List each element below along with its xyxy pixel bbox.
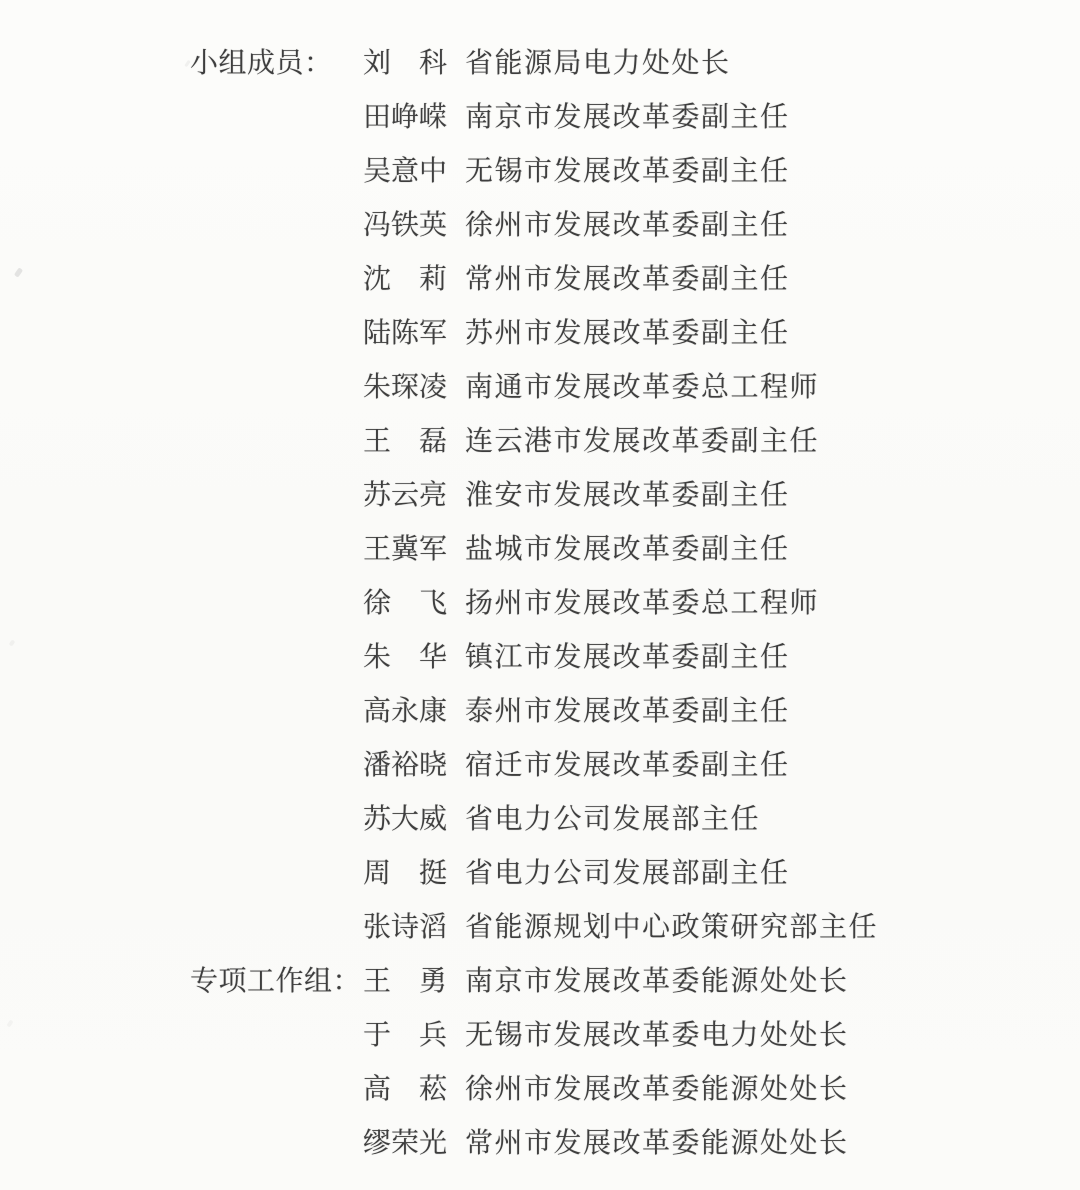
member-title: 扬州市发展改革委总工程师	[465, 581, 819, 621]
member-row: 徐 飞 扬州市发展改革委总工程师	[190, 574, 878, 628]
member-title: 南京市发展改革委副主任	[465, 95, 790, 135]
member-name: 张诗滔	[363, 905, 451, 945]
member-title: 南通市发展改革委总工程师	[465, 365, 819, 405]
member-row: 冯铁英 徐州市发展改革委副主任	[190, 196, 878, 250]
member-name: 刘 科	[363, 41, 451, 81]
member-title: 常州市发展改革委副主任	[465, 257, 790, 297]
member-list: 小组成员： 刘 科 省能源局电力处处长 田峥嵘 南京市发展改革委副主任 吴意中 …	[190, 34, 878, 1168]
member-row: 吴意中 无锡市发展改革委副主任	[190, 142, 878, 196]
member-name: 朱 华	[363, 635, 451, 675]
member-title: 淮安市发展改革委副主任	[465, 473, 790, 513]
member-title: 省电力公司发展部主任	[465, 797, 760, 837]
member-row: 朱琛凌 南通市发展改革委总工程师	[190, 358, 878, 412]
member-name: 田峥嵘	[363, 95, 451, 135]
scan-artifact	[14, 267, 23, 277]
member-title: 徐州市发展改革委副主任	[465, 203, 790, 243]
member-name: 朱琛凌	[363, 365, 451, 405]
member-name: 高 菘	[363, 1067, 451, 1107]
member-row: 王 磊 连云港市发展改革委副主任	[190, 412, 878, 466]
member-name: 缪荣光	[363, 1121, 451, 1161]
member-row: 潘裕晓 宿迁市发展改革委副主任	[190, 736, 878, 790]
member-title: 常州市发展改革委能源处处长	[465, 1121, 849, 1161]
member-row: 苏大威 省电力公司发展部主任	[190, 790, 878, 844]
member-row: 周 挺 省电力公司发展部副主任	[190, 844, 878, 898]
member-title: 宿迁市发展改革委副主任	[465, 743, 790, 783]
member-name: 周 挺	[363, 851, 451, 891]
member-name: 苏云亮	[363, 473, 451, 513]
member-name: 陆陈军	[363, 311, 451, 351]
member-row: 高 菘 徐州市发展改革委能源处处长	[190, 1060, 878, 1114]
member-name: 苏大威	[363, 797, 451, 837]
section-label: 小组成员：	[190, 41, 363, 81]
member-row: 朱 华 镇江市发展改革委副主任	[190, 628, 878, 682]
member-title: 泰州市发展改革委副主任	[465, 689, 790, 729]
member-row: 陆陈军 苏州市发展改革委副主任	[190, 304, 878, 358]
member-row: 高永康 泰州市发展改革委副主任	[190, 682, 878, 736]
member-title: 省电力公司发展部副主任	[465, 851, 790, 891]
member-row: 王冀军 盐城市发展改革委副主任	[190, 520, 878, 574]
member-row: 沈 莉 常州市发展改革委副主任	[190, 250, 878, 304]
member-name: 王冀军	[363, 527, 451, 567]
scan-artifact	[9, 639, 16, 646]
member-title: 南京市发展改革委能源处处长	[465, 959, 849, 999]
member-title: 苏州市发展改革委副主任	[465, 311, 790, 351]
member-title: 无锡市发展改革委副主任	[465, 149, 790, 189]
member-title: 连云港市发展改革委副主任	[465, 419, 819, 459]
member-name: 冯铁英	[363, 203, 451, 243]
member-title: 无锡市发展改革委电力处处长	[465, 1013, 849, 1053]
scan-artifact	[6, 1019, 13, 1027]
member-name: 沈 莉	[363, 257, 451, 297]
member-title: 省能源规划中心政策研究部主任	[465, 905, 878, 945]
member-title: 镇江市发展改革委副主任	[465, 635, 790, 675]
member-name: 潘裕晓	[363, 743, 451, 783]
member-name: 高永康	[363, 689, 451, 729]
member-row: 苏云亮 淮安市发展改革委副主任	[190, 466, 878, 520]
member-title: 徐州市发展改革委能源处处长	[465, 1067, 849, 1107]
scanned-document-page: 小组成员： 刘 科 省能源局电力处处长 田峥嵘 南京市发展改革委副主任 吴意中 …	[0, 0, 1080, 1190]
member-name: 于 兵	[363, 1013, 451, 1053]
member-row: 专项工作组： 王 勇 南京市发展改革委能源处处长	[190, 952, 878, 1006]
member-row: 缪荣光 常州市发展改革委能源处处长	[190, 1114, 878, 1168]
member-row: 小组成员： 刘 科 省能源局电力处处长	[190, 34, 878, 88]
section-label: 专项工作组：	[190, 959, 363, 999]
member-name: 吴意中	[363, 149, 451, 189]
member-title: 省能源局电力处处长	[465, 41, 731, 81]
member-row: 张诗滔 省能源规划中心政策研究部主任	[190, 898, 878, 952]
member-title: 盐城市发展改革委副主任	[465, 527, 790, 567]
member-row: 田峥嵘 南京市发展改革委副主任	[190, 88, 878, 142]
member-name: 王 磊	[363, 419, 451, 459]
member-row: 于 兵 无锡市发展改革委电力处处长	[190, 1006, 878, 1060]
member-name: 王 勇	[363, 959, 451, 999]
member-name: 徐 飞	[363, 581, 451, 621]
